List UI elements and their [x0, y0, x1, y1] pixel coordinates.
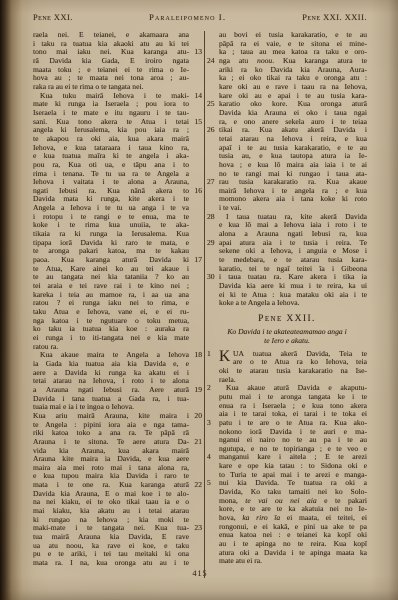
verse-number: [189, 230, 202, 239]
text-line: ei runga i to iti-tangata nei e kia mate: [33, 334, 202, 343]
verse-number: [207, 514, 219, 523]
verse-number: 22: [189, 481, 202, 490]
verse-number: [189, 490, 202, 499]
verse-number: [189, 135, 202, 144]
verse-number: [189, 542, 202, 551]
drop-cap: K: [219, 349, 230, 365]
verse-number: [189, 455, 202, 464]
verse-text: mate atu ei ra.: [219, 557, 367, 566]
verse-number: [189, 144, 202, 153]
chapter-subtitle-line: te Iero e akatu.: [207, 337, 367, 346]
verse-number: [207, 291, 219, 300]
verse-number: 21: [189, 438, 202, 447]
verse-number: [207, 549, 219, 558]
text-line: mata ra. I na, kua oronga atu au i te: [33, 559, 202, 568]
verse-number: [189, 317, 202, 326]
verse-number: 28: [207, 213, 219, 222]
header-left-chapter: Pene XXI.: [33, 13, 73, 23]
verse-number: [207, 135, 219, 144]
verse-number: 18: [189, 351, 202, 360]
verse-number: [207, 187, 219, 196]
verse-number: 4: [207, 453, 219, 462]
verse-number: [189, 239, 202, 248]
two-column-text: raela nei. E teianei, e akamaara anai ta…: [33, 31, 367, 568]
verse-number: [207, 523, 219, 532]
verse-number: [189, 498, 202, 507]
verse-number: 19: [189, 386, 202, 395]
book-page-photo: Pene XXI. Paraleipomeno I. Pene XXI. XXI…: [0, 0, 398, 600]
verse-number: [189, 533, 202, 542]
verse-number: 30: [207, 273, 219, 282]
left-column: raela nei. E teianei, e akamaara anai ta…: [33, 31, 202, 568]
verse-number: [189, 291, 202, 300]
text-line: koke a te Angela a Iehova.: [207, 299, 367, 308]
verse-number: [189, 221, 202, 230]
page-number: 415: [33, 569, 367, 578]
verse-text: oki te atarau tusia karakaratio na Ise-: [219, 367, 367, 376]
verse-number: [189, 395, 202, 404]
verse-number: 1: [207, 350, 219, 359]
verse-number: [189, 559, 202, 568]
verse-number: [189, 308, 202, 317]
verse-number: [189, 334, 202, 343]
verse-number: [207, 83, 219, 92]
right-column-verses: au bovi ei tusia karakaratio, e te aupāp…: [207, 31, 367, 308]
verse-number: [207, 109, 219, 118]
verse-number: [189, 550, 202, 559]
verse-number: 27: [207, 178, 219, 187]
verse-number: [207, 66, 219, 75]
verse-number: [207, 247, 219, 256]
verse-number: [189, 74, 202, 83]
verse-number: [189, 273, 202, 282]
chapter-body: K 1UA tuatua akerā Davida, Teia teare o …: [207, 350, 367, 566]
verse-number: [189, 464, 202, 473]
verse-number: [207, 144, 219, 153]
chapter-heading: Pene XXII.: [207, 314, 367, 325]
verse-number: [189, 57, 202, 66]
verse-number: [207, 195, 219, 204]
verse-number: [189, 507, 202, 516]
verse-number: [207, 282, 219, 291]
verse-number: [207, 531, 219, 540]
verse-number: 3: [207, 419, 219, 428]
verse-number: 25: [207, 100, 219, 109]
verse-number: [207, 358, 219, 367]
verse-number: [207, 505, 219, 514]
verse-number: [189, 204, 202, 213]
verse-number: 24: [207, 57, 219, 66]
book-page: Pene XXI. Paraleipomeno I. Pene XXI. XXI…: [33, 12, 367, 578]
verse-number: [207, 152, 219, 161]
verse-number: 20: [189, 412, 202, 421]
verse-number: [189, 325, 202, 334]
verse-number: [207, 256, 219, 265]
verse-number: [189, 421, 202, 430]
verse-text: mata ra. I na, kua oronga atu au i te: [33, 559, 189, 568]
verse-number: 13: [189, 48, 202, 57]
verse-number: [189, 152, 202, 161]
verse-number: [207, 221, 219, 230]
verse-number: [207, 161, 219, 170]
verse-number: [189, 299, 202, 308]
verse-number: [189, 100, 202, 109]
verse-number: [207, 74, 219, 83]
verse-number: [207, 402, 219, 411]
verse-number: 16: [189, 187, 202, 196]
text-line: mate atu ei ra.: [207, 557, 367, 566]
verse-number: [189, 447, 202, 456]
verse-number: [189, 195, 202, 204]
verse-text: koke a te Angela a Iehova.: [219, 299, 367, 308]
verse-number: 29: [207, 239, 219, 248]
verse-number: [207, 436, 219, 445]
right-column: au bovi ei tusia karakaratio, e te aupāp…: [207, 31, 367, 568]
header-right-chapter: Pene XXI. XXII.: [302, 13, 367, 23]
verse-number: [189, 66, 202, 75]
verse-number: [189, 161, 202, 170]
chapter-subtitle: Ko Davida i te akateateamamao anga i te …: [207, 328, 367, 346]
verse-number: 5: [207, 479, 219, 488]
verse-number: [189, 369, 202, 378]
verse-number: [189, 31, 202, 40]
column-rule: [204, 31, 205, 568]
verse-number: [207, 367, 219, 376]
verse-number: [207, 540, 219, 549]
verse-number: 14: [189, 92, 202, 101]
verse-number: [207, 462, 219, 471]
verse-number: [189, 265, 202, 274]
verse-number: 17: [189, 256, 202, 265]
verse-number: [189, 360, 202, 369]
verse-number: [207, 428, 219, 437]
verse-number: [207, 393, 219, 402]
verse-number: [207, 497, 219, 506]
verse-number: [189, 126, 202, 135]
verse-number: 15: [189, 118, 202, 127]
verse-number: [207, 488, 219, 497]
verse-number: [207, 31, 219, 40]
verse-number: [189, 282, 202, 291]
running-header: Pene XXI. Paraleipomeno I. Pene XXI. XXI…: [33, 12, 367, 23]
verse-number: [207, 557, 219, 566]
verse-number: [207, 40, 219, 49]
verse-number: [189, 213, 202, 222]
header-book-title: Paraleipomeno I.: [149, 12, 226, 22]
verse-number: 2: [207, 384, 219, 393]
verse-number: 26: [207, 126, 219, 135]
verse-number: [189, 170, 202, 179]
verse-number: [207, 299, 219, 308]
verse-number: 23: [189, 524, 202, 533]
